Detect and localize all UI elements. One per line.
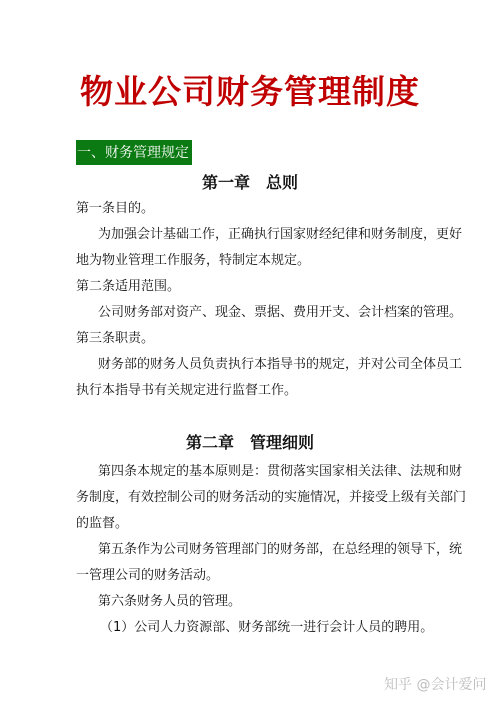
article-line: 公司财务部对资产、现金、票据、费用开支、会计档案的管理。 bbox=[98, 301, 462, 320]
article-line: 第五条作为公司财务管理部门的财务部，在总经理的领导下，统 bbox=[98, 538, 462, 557]
article-line: 第六条财务人员的管理。 bbox=[98, 590, 241, 609]
article-line: 第三条职责。 bbox=[76, 327, 154, 346]
chapter-heading: 第一章 总则 bbox=[0, 170, 500, 193]
article-line: 务制度，有效控制公司的财务活动的实施情况，并接受上级有关部门 bbox=[76, 486, 466, 505]
article-line: 一管理公司的财务活动。 bbox=[76, 564, 219, 583]
article-line: 第二条适用范围。 bbox=[76, 275, 180, 294]
article-line: 的监督。 bbox=[76, 512, 128, 531]
article-line: 财务部的财务人员负责执行本指导书的规定，并对公司全体员工 bbox=[98, 353, 462, 372]
article-line: 执行本指导书有关规定进行监督工作。 bbox=[76, 379, 297, 398]
section-heading: 一、财务管理规定 bbox=[76, 140, 192, 165]
article-line: 第一条目的。 bbox=[76, 197, 154, 216]
article-line: 地为物业管理工作服务，特制定本规定。 bbox=[76, 249, 310, 268]
article-line: （1）公司人力资源部、财务部统一进行会计人员的聘用。 bbox=[100, 616, 433, 635]
chapter-heading: 第二章 管理细则 bbox=[0, 430, 500, 453]
document-title: 物业公司财务管理制度 bbox=[0, 66, 500, 113]
article-line: 第四条本规定的基本原则是：贯彻落实国家相关法律、法规和财 bbox=[98, 460, 462, 479]
article-line: 为加强会计基础工作，正确执行国家财经纪律和财务制度，更好 bbox=[98, 223, 462, 242]
watermark: 知乎 @会计爱问 bbox=[384, 674, 486, 694]
